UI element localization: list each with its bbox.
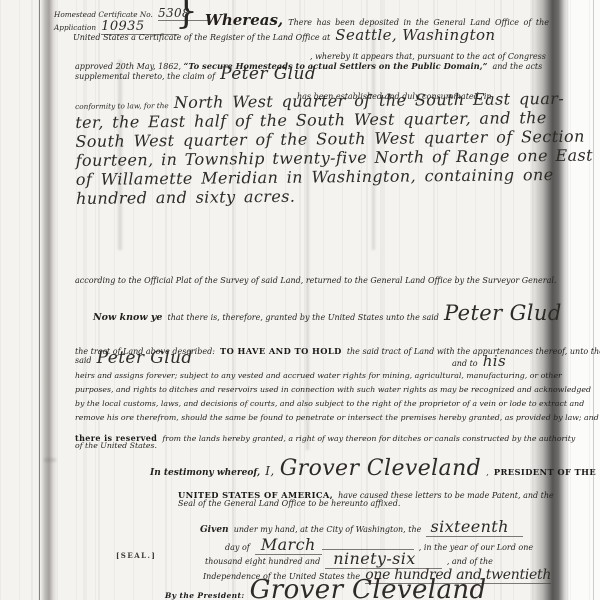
conditions-last-line: of the United States.	[75, 442, 157, 450]
plat-clause: according to the Official Plat of the Su…	[75, 277, 556, 285]
i-word: I,	[265, 464, 274, 478]
given-rest: under my hand, at the City of Washington…	[234, 525, 422, 534]
reserved-rest: from the lands hereby granted, a right o…	[162, 434, 575, 443]
supplemental-text: supplemental thereto, the claim of	[75, 72, 215, 81]
land-description-line: hundred and sixty acres.	[76, 186, 593, 207]
seal-affixed-text: Seal of the General Land Office to be he…	[178, 500, 400, 508]
in-testimony-whereof: In testimony whereof,	[150, 468, 260, 478]
certificate-line: United States a Certificate of the Regis…	[73, 33, 330, 42]
land-office-location: Seattle, Washington	[335, 26, 495, 44]
grant-text: that there is, therefore, granted by the…	[167, 313, 438, 322]
brace-mark: }	[175, 0, 198, 30]
grantee-signature: Peter Glud	[444, 301, 562, 325]
now-know-ye: Now know ye	[93, 312, 162, 323]
scan-margin-line	[593, 0, 594, 600]
given-word: Given	[200, 525, 229, 535]
land-description-line: of Willamette Meridian in Washington, co…	[76, 167, 593, 188]
and-of-the-text: , and of the	[447, 557, 493, 566]
his-word: his	[483, 352, 506, 370]
president-signature-bottom: Grover Cleveland	[250, 575, 487, 600]
and-to-text: and to	[452, 359, 478, 368]
comma: ,	[486, 468, 489, 477]
thousand-text: thousand eight hundred and	[205, 557, 320, 566]
land-description-block: conformity to law, for the North West qu…	[75, 91, 593, 192]
president-of-the: PRESIDENT OF THE	[494, 467, 596, 477]
conditions-line: heirs and assigns forever; subject to an…	[75, 372, 562, 380]
conditions-line: purposes, and rights to ditches and rese…	[75, 386, 591, 394]
day-word-entry: sixteenth	[426, 517, 522, 537]
by-the-president-label: By the President:	[165, 591, 245, 600]
president-signature-inline: Grover Cleveland	[280, 456, 481, 481]
said-label: said	[75, 356, 92, 365]
pencil-mark	[44, 458, 56, 462]
scanned-land-patent-document: Homestead Certificate No. 5308 Applicati…	[0, 0, 600, 600]
page-fold-shadow	[40, 0, 58, 600]
seal-bracket-label: [SEAL.]	[116, 552, 156, 559]
to-have-and-hold: TO HAVE AND TO HOLD	[220, 346, 342, 356]
conformity-text: conformity to law, for the	[75, 101, 169, 111]
conditions-line: by the local customs, laws, and decision…	[75, 400, 584, 408]
approved-suffix: and the acts	[492, 62, 542, 71]
claimant-name: Peter Glud	[220, 64, 316, 84]
said-grantee-name: Peter Glud	[97, 348, 193, 368]
conditions-line: remove his ore therefrom, should the sam…	[75, 414, 599, 422]
